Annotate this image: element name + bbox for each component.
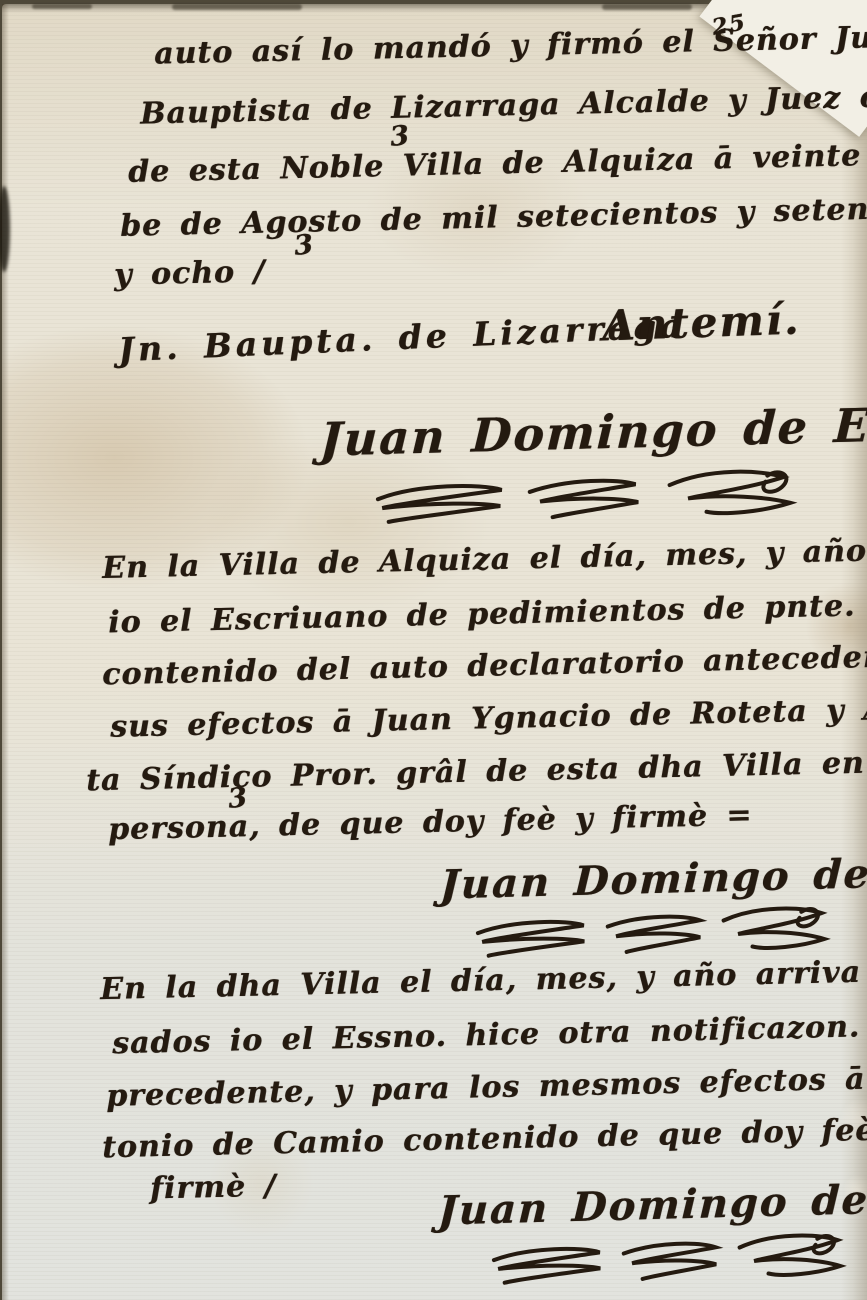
signature-flourish <box>487 1230 848 1291</box>
text-line: persona, de que doy feè y firmè = <box>108 798 753 848</box>
text-line: sus efectos ā Juan Ygnacio de Roteta y A… <box>110 690 867 745</box>
text-line: Bauptista de Lizarraga Alcalde y Juez or… <box>140 77 867 131</box>
text-line: contenido del auto declaratorio antecede… <box>102 637 867 693</box>
text-line: precedente, y para los mesmos efectos ā … <box>106 1057 867 1114</box>
text-line: ta Síndico Pror. grâl de esta dha Villa … <box>86 743 867 799</box>
text-line: En la Villa de Alquiza el día, mes, y añ… <box>102 529 867 586</box>
signature-name: Juan Domingo de Elola <box>437 1172 867 1234</box>
signature-name: Juan Domingo de Elola <box>439 846 867 908</box>
manuscript-scan: 25 auto así lo mandó y firmó el Señor Ju… <box>0 0 867 1300</box>
text-line: firmè / <box>150 1169 277 1207</box>
signature-flourish <box>369 465 801 532</box>
signature-name: Juan Domingo de Elola <box>319 395 867 466</box>
paper-edge-stain <box>602 4 692 10</box>
abbreviation-mark: 3 <box>388 120 411 153</box>
text-line: io el Escriuano de pedimientos de pnte. … <box>108 583 867 641</box>
paper-edge-stain <box>172 4 302 10</box>
text-line: tonio de Camio contenido de que doy feè,… <box>102 1112 867 1166</box>
signature-flourish <box>471 903 832 964</box>
ante-mi-note: Antemí. <box>601 295 801 351</box>
text-line: y ocho / <box>114 254 266 292</box>
paper-sheet: 25 auto así lo mandó y firmó el Señor Ju… <box>2 4 867 1300</box>
text-line: auto así lo mandó y firmó el Señor Juan <box>154 19 867 71</box>
abbreviation-mark: 3 <box>292 229 315 262</box>
text-line: sados io el Essno. hice otra notificazon… <box>112 1006 867 1062</box>
text-line: de esta Noble Villa de Alquiza ā veinte … <box>128 135 867 190</box>
paper-edge-stain <box>32 4 92 9</box>
text-line: be de Agosto de mil setecientos y setent… <box>120 191 867 244</box>
